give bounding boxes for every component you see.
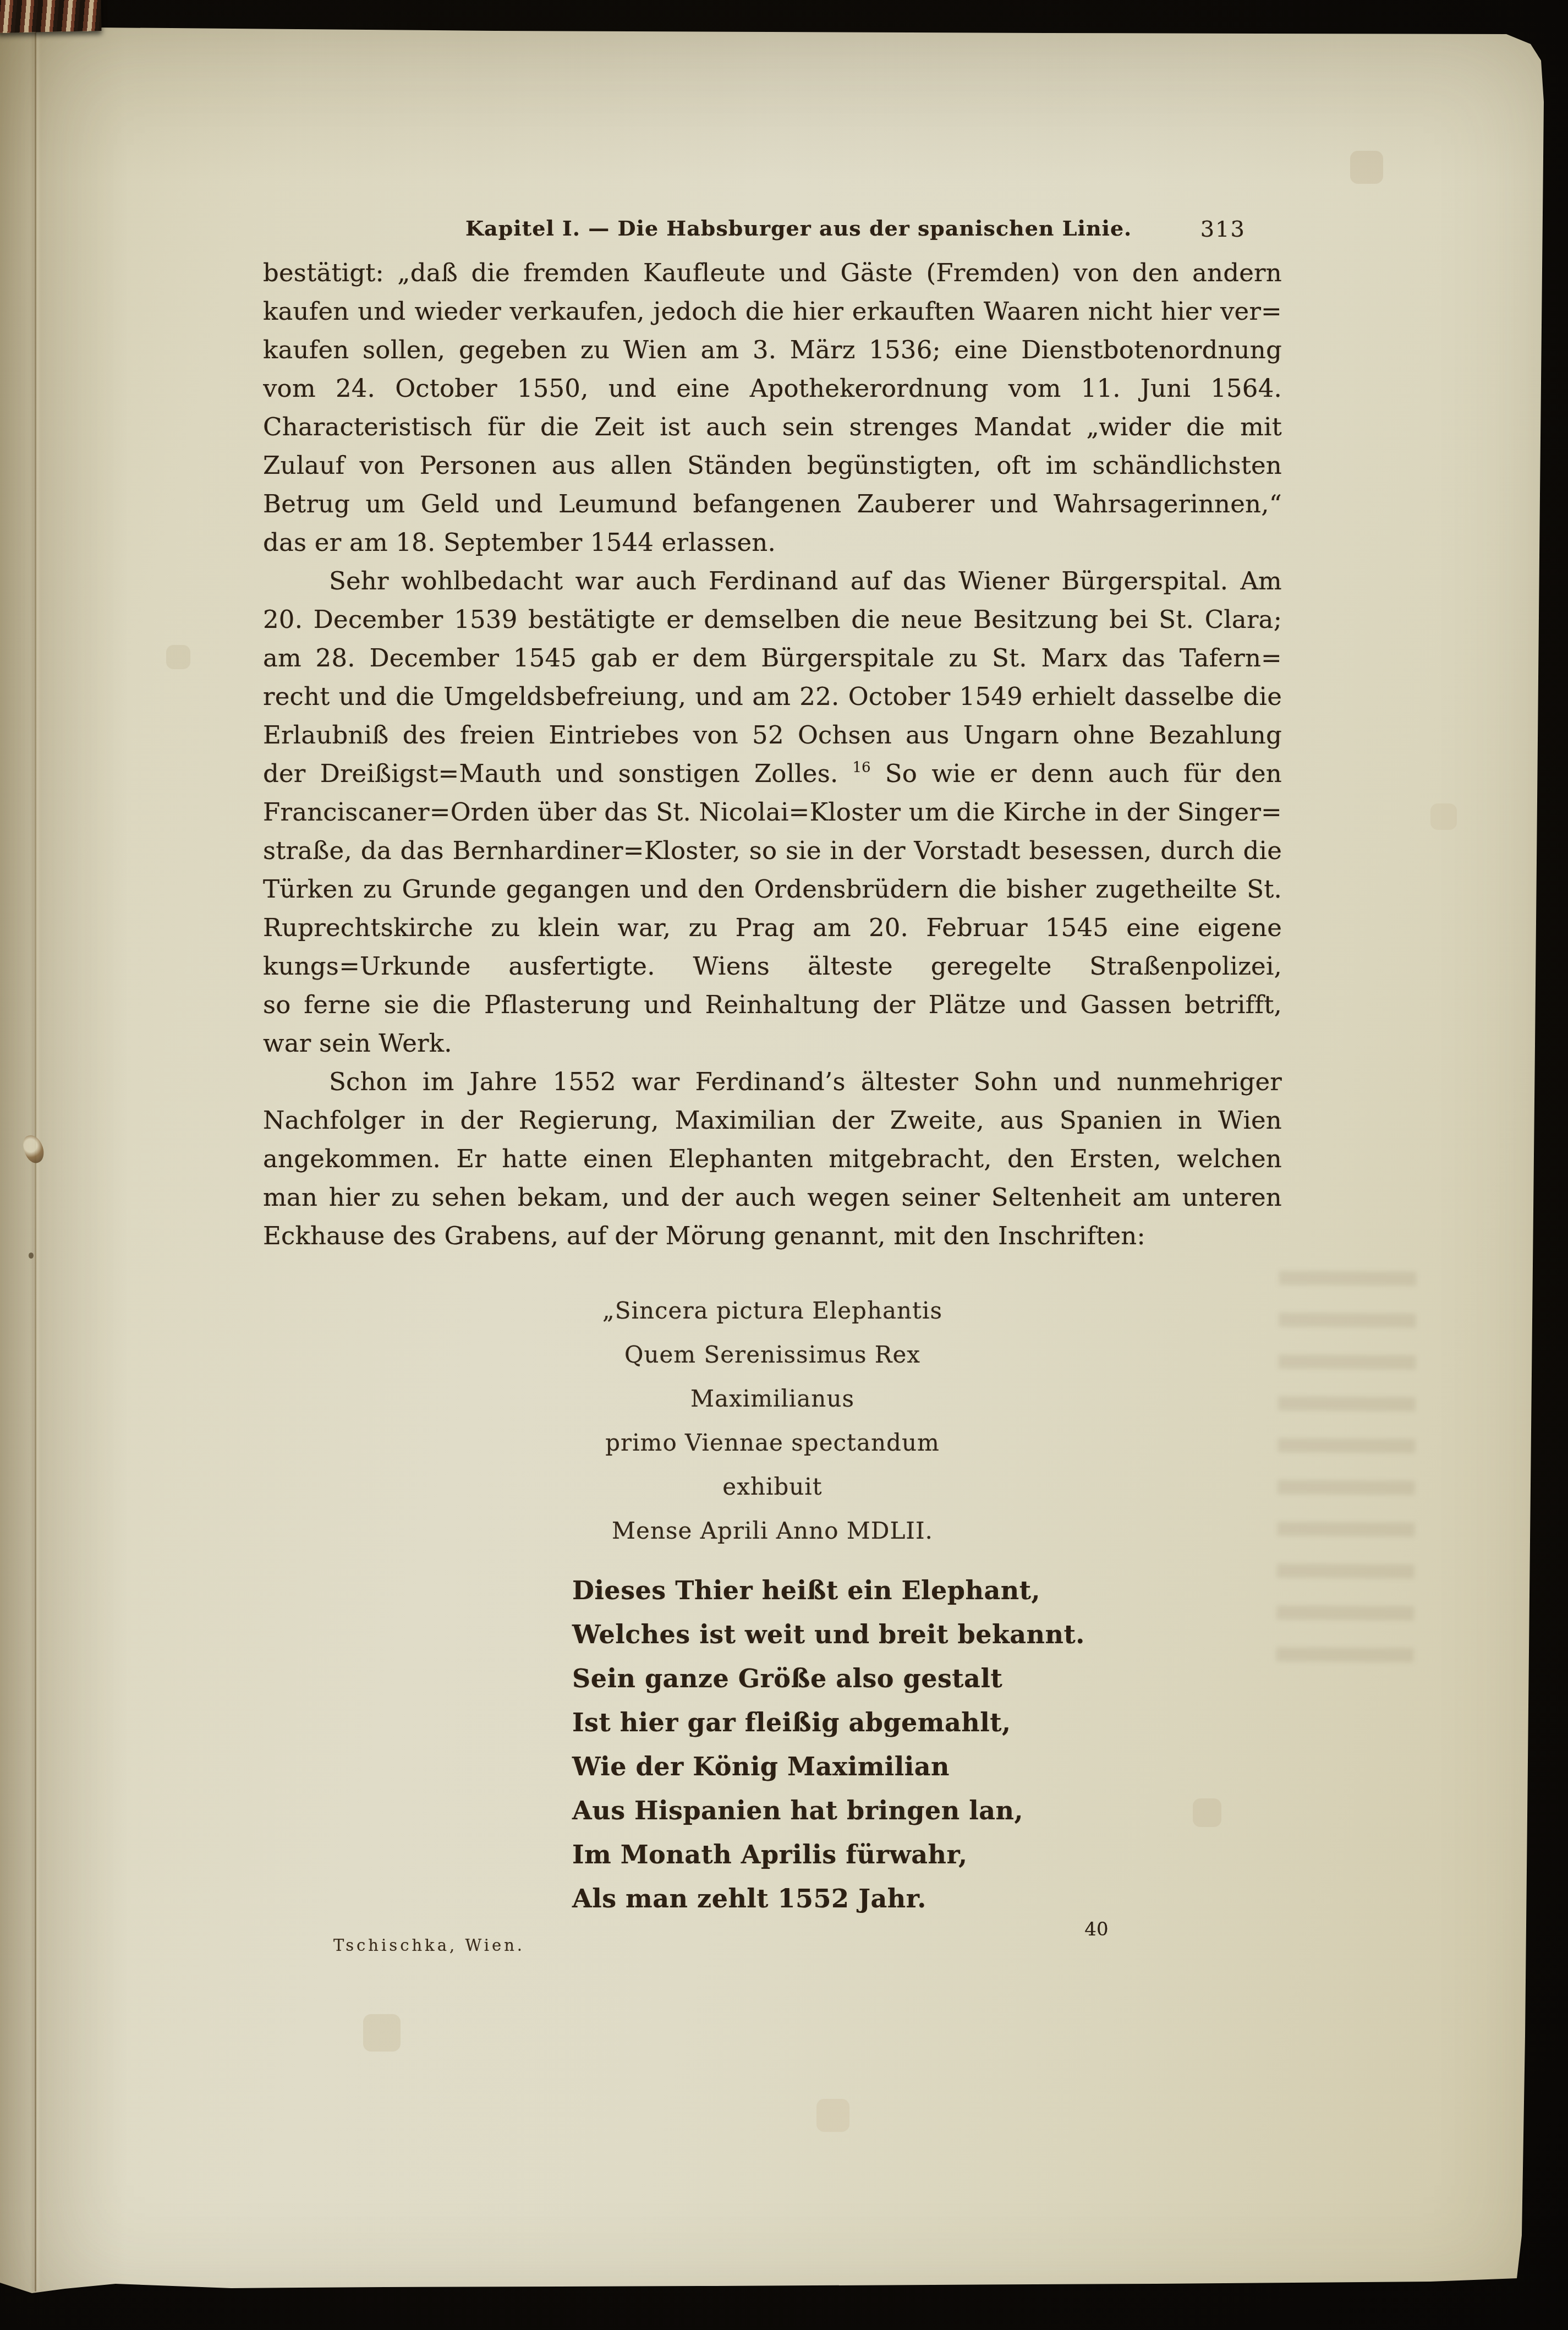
running-title: Kapitel I. — Die Habsburger aus der span…	[465, 216, 1132, 240]
inscription-line: „Sincera pictura Elephantis	[263, 1289, 1282, 1333]
book-page: Kapitel I. — Die Habsburger aus der span…	[0, 0, 1568, 2330]
text-line: Characteristisch für die Zeit ist auch s…	[263, 408, 1282, 446]
text-line: vom 24. October 1550, und eine Apotheker…	[263, 369, 1282, 408]
german-verse: Dieses Thier heißt ein Elephant, Welches…	[572, 1568, 1177, 1921]
verse-line: Ist hier gar fleißig abgemahlt,	[572, 1700, 1177, 1744]
binding-gutter-shading	[0, 0, 127, 2330]
text-line: Franciscaner=Orden über das St. Nicolai=…	[263, 793, 1282, 832]
body-text: bestätigt: „daß die fremden Kaufleute un…	[263, 254, 1282, 1255]
text-line: Zulauf von Personen aus allen Ständen be…	[263, 446, 1282, 485]
text-line: das er am 18. September 1544 erlassen.	[263, 523, 1282, 562]
text-line: bestätigt: „daß die fremden Kaufleute un…	[263, 254, 1282, 292]
inscription-line: Mense Aprili Anno MDLII.	[263, 1509, 1282, 1553]
lighting-gradient	[0, 0, 1568, 182]
verse-line: Als man zehlt 1552 Jahr.	[572, 1877, 1177, 1921]
inscription-line: primo Viennae spectandum	[263, 1421, 1282, 1465]
text-line: Erlaubniß des freien Eintriebes von 52 O…	[263, 716, 1282, 754]
show-through-texture	[1276, 1260, 1416, 1690]
verse-line: Aus Hispanien hat bringen lan,	[572, 1788, 1177, 1833]
text-line: man hier zu sehen bekam, und der auch we…	[263, 1178, 1282, 1217]
inscription-line: Quem Serenissimus Rex	[263, 1333, 1282, 1377]
verse-line: Welches ist weit und breit bekannt.	[572, 1612, 1177, 1656]
text-line: so ferne sie die Pflasterung und Reinhal…	[263, 986, 1282, 1024]
book-headband	[0, 0, 102, 33]
inscription-line: Maximilianus	[263, 1377, 1282, 1421]
verse-line: Dieses Thier heißt ein Elephant,	[572, 1568, 1177, 1612]
latin-inscription: „Sincera pictura Elephantis Quem Serenis…	[263, 1289, 1282, 1553]
verse-line: Im Monath Aprilis fürwahr,	[572, 1833, 1177, 1877]
text-line: Eckhause des Grabens, auf der Mörung gen…	[263, 1217, 1282, 1255]
text-line: Sehr wohlbedacht war auch Ferdinand auf …	[263, 562, 1282, 600]
page-number: 313	[1200, 217, 1246, 242]
verse-line: Sein ganze Größe also gestalt	[572, 1656, 1177, 1700]
signature-mark: 40	[1077, 1918, 1116, 1940]
text-line: straße, da das Bernhardiner=Kloster, so …	[263, 832, 1282, 870]
text-line: kaufen sollen, gegeben zu Wien am 3. Mär…	[263, 331, 1282, 369]
paper-speck	[29, 1252, 34, 1259]
verse-line: Wie der König Maximilian	[572, 1744, 1177, 1788]
text-segment: der Dreißigst=Mauth und sonstigen Zolles…	[263, 759, 838, 788]
inscription-line: exhibuit	[263, 1465, 1282, 1509]
text-line-with-footnote: der Dreißigst=Mauth und sonstigen Zolles…	[263, 754, 1282, 793]
text-line: angekommen. Er hatte einen Elephanten mi…	[263, 1140, 1282, 1178]
text-segment: So wie er denn auch für den	[885, 759, 1282, 788]
sewing-thread-knot	[20, 1133, 47, 1166]
text-line: war sein Werk.	[263, 1024, 1282, 1063]
text-line: Nachfolger in der Regierung, Maximilian …	[263, 1101, 1282, 1140]
footnote-ref: 16	[853, 759, 871, 776]
text-line: Türken zu Grunde gegangen und den Ordens…	[263, 870, 1282, 909]
text-line: Betrug um Geld und Leumund befangenen Za…	[263, 485, 1282, 523]
text-line: kaufen und wieder verkaufen, jedoch die …	[263, 292, 1282, 331]
text-line: 20. December 1539 bestätigte er demselbe…	[263, 600, 1282, 639]
text-line: Ruprechtskirche zu klein war, zu Prag am…	[263, 909, 1282, 947]
book-photo: Kapitel I. — Die Habsburger aus der span…	[0, 0, 1568, 2330]
text-line: kungs=Urkunde ausfertigte. Wiens älteste…	[263, 947, 1282, 986]
text-line: Schon im Jahre 1552 war Ferdinand’s älte…	[263, 1063, 1282, 1101]
catch-title: Tschischka, Wien.	[333, 1936, 525, 1955]
text-line: recht und die Umgeldsbefreiung, und am 2…	[263, 677, 1282, 716]
text-line: am 28. December 1545 gab er dem Bürgersp…	[263, 639, 1282, 677]
page-header: Kapitel I. — Die Habsburger aus der span…	[263, 216, 1282, 245]
